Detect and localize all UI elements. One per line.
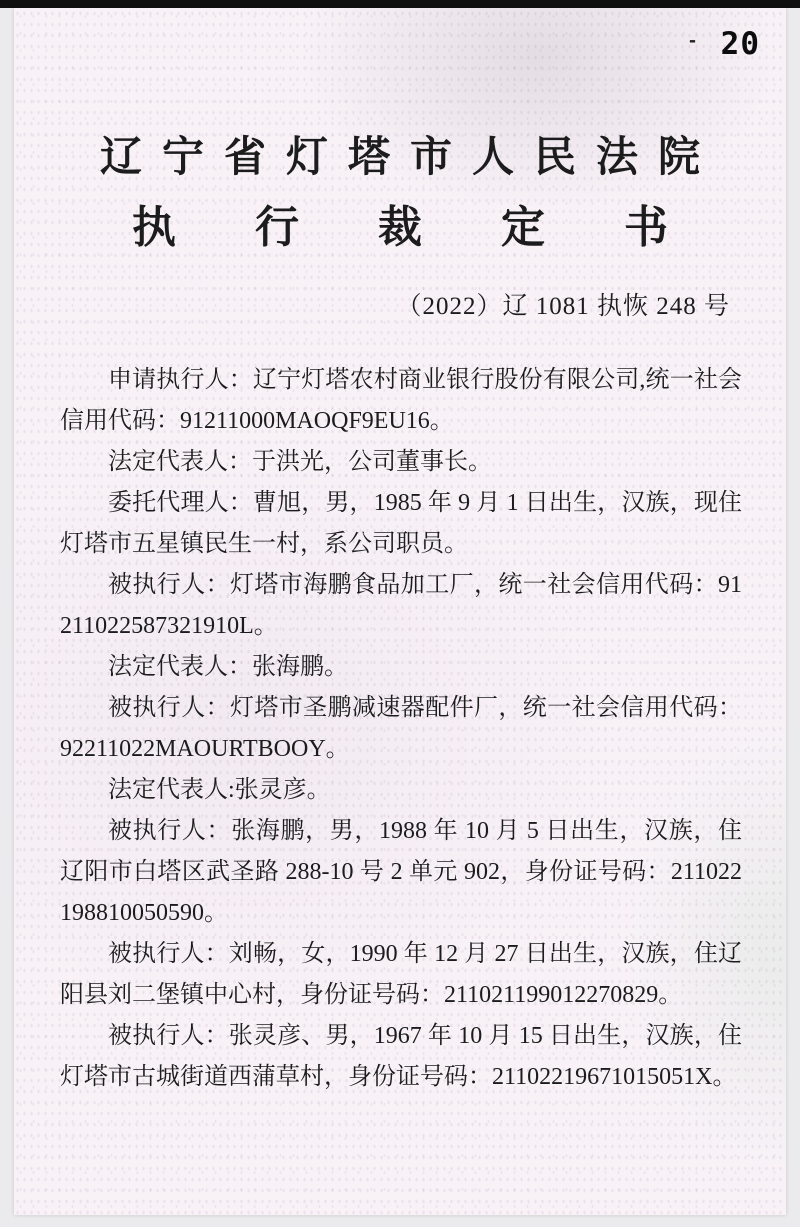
para-respondent-1: 被执行人：灯塔市海鹏食品加工厂，统一社会信用代码：912110225873219… xyxy=(60,565,742,647)
document-body: 申请执行人：辽宁灯塔农村商业银行股份有限公司,统一社会信用代码：91211000… xyxy=(60,360,742,1098)
para-entrusted-agent: 委托代理人：曹旭，男，1985 年 9 月 1 日出生，汉族，现住灯塔市五星镇民… xyxy=(60,483,742,565)
page-number-dash: - xyxy=(687,31,698,51)
para-respondent-3: 被执行人：张海鹏，男，1988 年 10 月 5 日出生，汉族，住辽阳市白塔区武… xyxy=(60,811,742,934)
document-title-heading: 执 行 裁 定 书 xyxy=(14,191,786,255)
page-number-value: 20 xyxy=(721,26,760,62)
para-applicant: 申请执行人：辽宁灯塔农村商业银行股份有限公司,统一社会信用代码：91211000… xyxy=(60,360,742,442)
scanned-document-page: -20 辽宁省灯塔市人民法院 执 行 裁 定 书 （2022）辽 1081 执恢… xyxy=(14,8,786,1215)
para-legal-representative-2: 法定代表人：张海鹏。 xyxy=(60,647,742,688)
para-legal-representative-3: 法定代表人:张灵彦。 xyxy=(60,770,742,811)
para-respondent-2: 被执行人：灯塔市圣鹏减速器配件厂，统一社会信用代码：92211022MAOURT… xyxy=(60,688,742,770)
para-respondent-5: 被执行人：张灵彦、男，1967 年 10 月 15 日出生，汉族，住灯塔市古城街… xyxy=(60,1016,742,1098)
court-name-heading: 辽宁省灯塔市人民法院 xyxy=(14,124,786,184)
para-respondent-4: 被执行人：刘畅，女，1990 年 12 月 27 日出生，汉族，住辽阳县刘二堡镇… xyxy=(60,934,742,1016)
page-number: -20 xyxy=(687,26,760,62)
para-legal-representative-1: 法定代表人：于洪光，公司董事长。 xyxy=(60,442,742,483)
case-number: （2022）辽 1081 执恢 248 号 xyxy=(396,286,730,322)
scanner-top-bar xyxy=(0,0,800,8)
